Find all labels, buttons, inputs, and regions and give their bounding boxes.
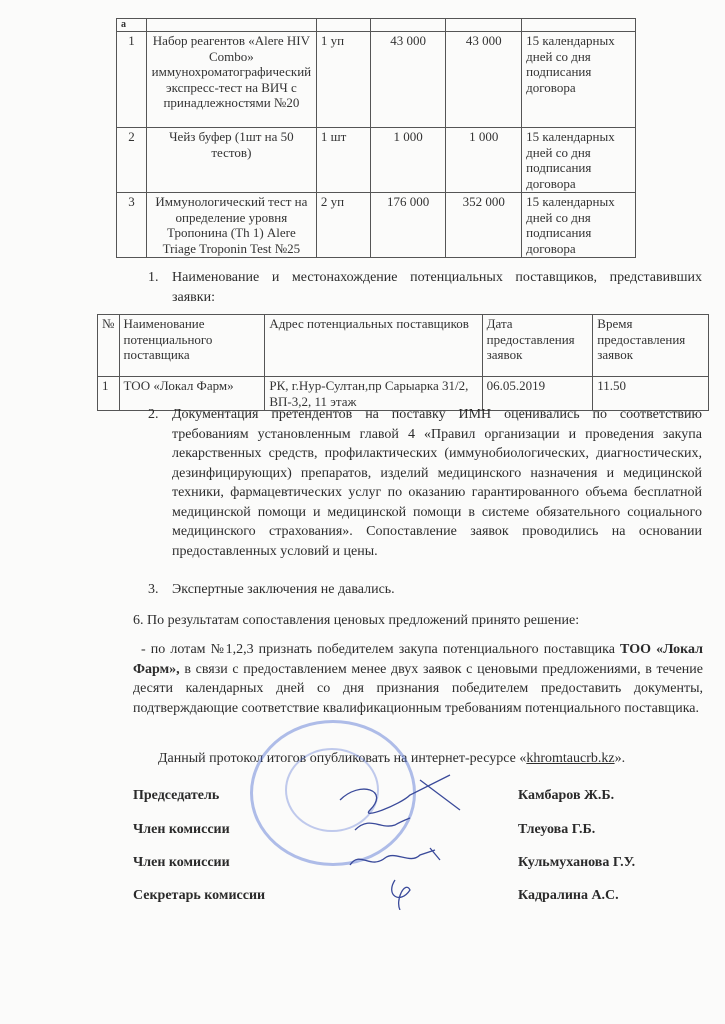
signature-name: Кадралина А.С. <box>518 888 619 904</box>
header-cell <box>370 19 446 32</box>
header-cell: № <box>98 315 120 377</box>
table-row: 3 Иммунологический тест на определение у… <box>117 193 636 258</box>
header-cell: а <box>117 19 147 32</box>
item-1-number: 1. <box>148 268 159 288</box>
lot-unit: 1 уп <box>316 32 370 128</box>
header-cell: Дата предоставления заявок <box>482 315 593 377</box>
header-cell: Наименование потенциального поставщика <box>119 315 265 377</box>
lot-number: 2 <box>117 128 147 193</box>
item-2-text: Документация претендентов на поставку ИМ… <box>172 405 702 561</box>
signature-role: Секретарь комиссии <box>133 888 265 904</box>
lot-unit: 1 шт <box>316 128 370 193</box>
lot-name: Иммунологический тест на определение уро… <box>146 193 316 258</box>
section-6-decision: - по лотам №1,2,3 признать победителем з… <box>133 640 703 718</box>
lot-number: 1 <box>117 32 147 128</box>
decision-suffix: в связи с предоставлением менее двух зая… <box>133 662 703 716</box>
signature-name: Камбаров Ж.Б. <box>518 788 614 804</box>
header-cell <box>316 19 370 32</box>
signature-scribbles <box>300 770 500 910</box>
header-cell: Время предоставления заявок <box>593 315 709 377</box>
header-cell: Адрес потенциальных поставщиков <box>265 315 482 377</box>
header-cell <box>446 19 522 32</box>
item-3-number: 3. <box>148 580 159 600</box>
lot-sum: 352 000 <box>446 193 522 258</box>
table-row: 1 Набор реагентов «Alere HIV Combo» имму… <box>117 32 636 128</box>
lots-table-header-row: а <box>117 19 636 32</box>
signature-role: Член комиссии <box>133 855 230 871</box>
lot-price: 176 000 <box>370 193 446 258</box>
lot-unit: 2 уп <box>316 193 370 258</box>
website-link[interactable]: khromtaucrb.kz <box>526 751 614 766</box>
section-6-heading: 6. По результатам сопоставления ценовых … <box>133 611 703 631</box>
lots-table: а 1 Набор реагентов «Alere HIV Combo» им… <box>116 18 636 258</box>
lot-sum: 43 000 <box>446 32 522 128</box>
lot-price: 1 000 <box>370 128 446 193</box>
suppliers-table: № Наименование потенциального поставщика… <box>97 314 709 411</box>
signature-name: Тлеуова Г.Б. <box>518 822 595 838</box>
lot-sum: 1 000 <box>446 128 522 193</box>
item-1-text: Наименование и местонахождение потенциал… <box>172 268 702 307</box>
decision-prefix: - по лотам №1,2,3 признать победителем з… <box>141 642 620 657</box>
header-cell <box>146 19 316 32</box>
signature-role: Член комиссии <box>133 822 230 838</box>
lot-number: 3 <box>117 193 147 258</box>
table-row: 2 Чейз буфер (1шт на 50 тестов) 1 шт 1 0… <box>117 128 636 193</box>
item-3-text: Экспертные заключения не давались. <box>172 580 702 600</box>
signature-role: Председатель <box>133 788 219 804</box>
lot-term: 15 календарных дней со дня подписания до… <box>522 32 636 128</box>
lot-term: 15 календарных дней со дня подписания до… <box>522 128 636 193</box>
header-cell <box>522 19 636 32</box>
publication-note: Данный протокол итогов опубликовать на и… <box>158 749 708 769</box>
signature-name: Кульмуханова Г.У. <box>518 855 635 871</box>
suppliers-table-header-row: № Наименование потенциального поставщика… <box>98 315 709 377</box>
item-2-number: 2. <box>148 405 159 425</box>
supplier-number: 1 <box>98 377 120 411</box>
lot-name: Чейз буфер (1шт на 50 тестов) <box>146 128 316 193</box>
lot-term: 15 календарных дней со дня подписания до… <box>522 193 636 258</box>
lot-name: Набор реагентов «Alere HIV Combo» иммуно… <box>146 32 316 128</box>
lot-price: 43 000 <box>370 32 446 128</box>
publication-suffix: ». <box>615 751 626 766</box>
